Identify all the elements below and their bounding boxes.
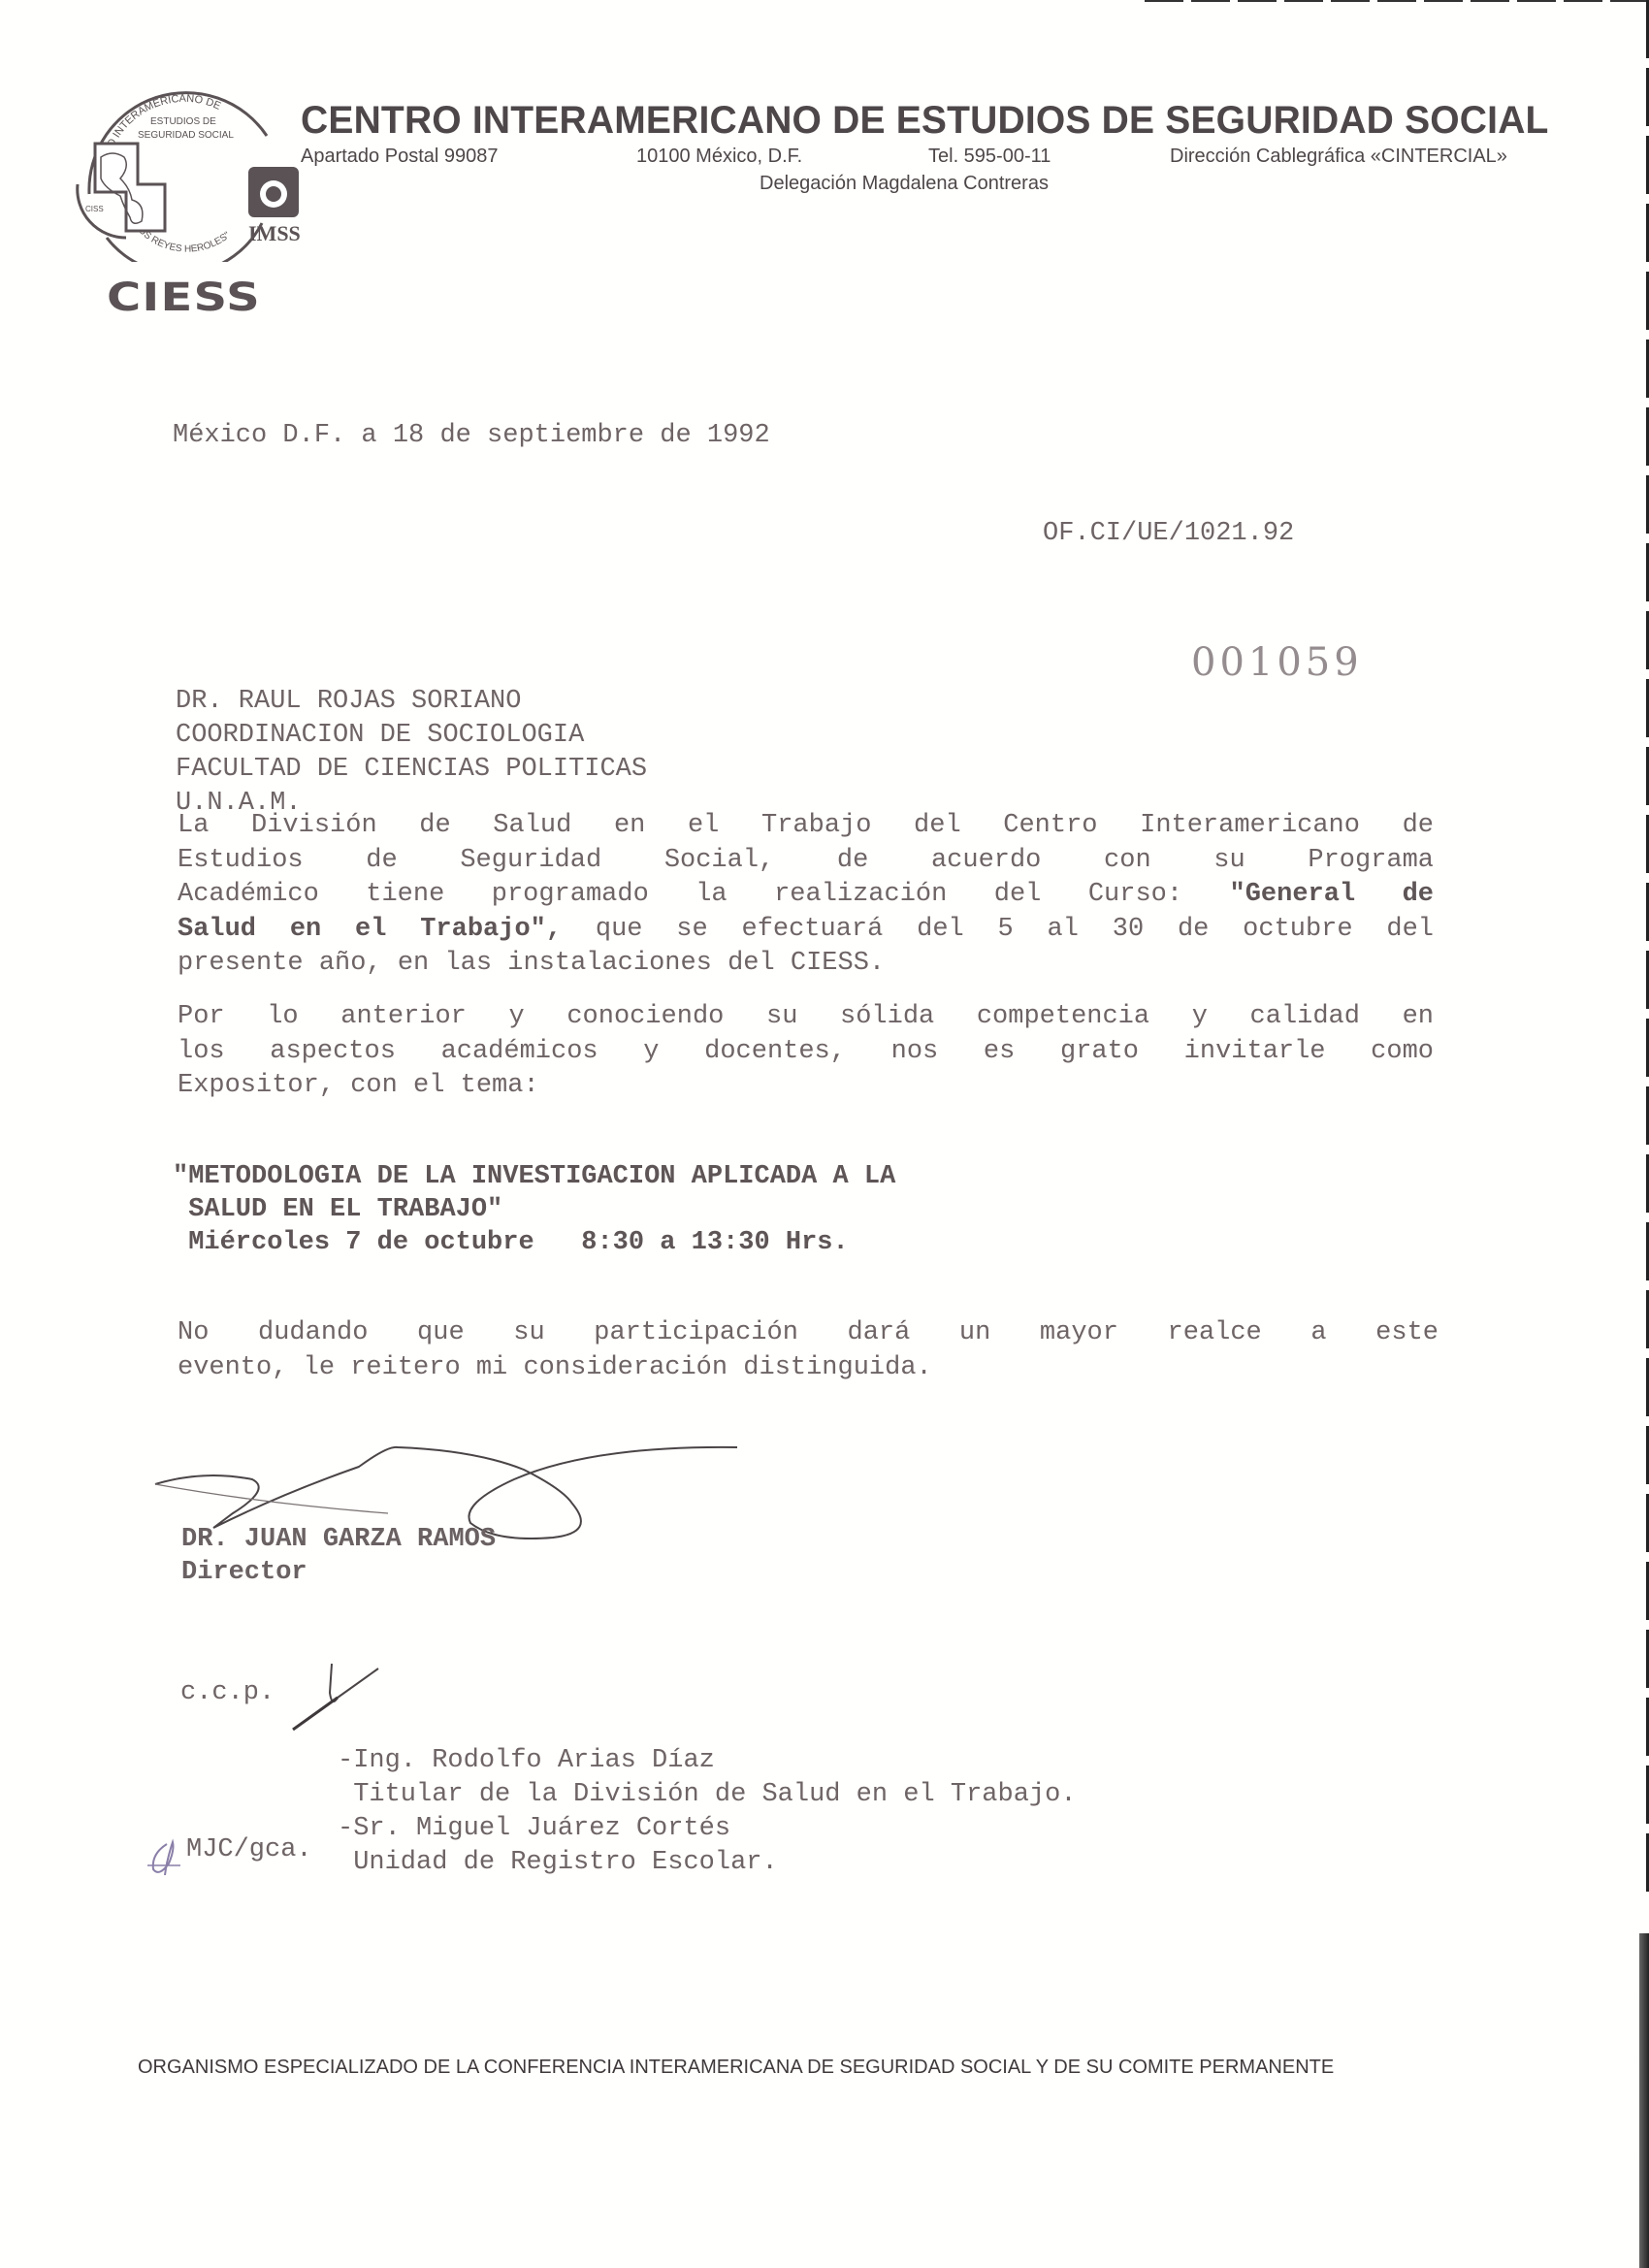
paragraph-line: evento, le reitero mi consideración dist… <box>178 1351 1439 1386</box>
paragraph-invitation: Por lo anterior y conociendo su sólida c… <box>178 1000 1434 1104</box>
paragraph-invitation-context: La División de Salud en el Trabajo del C… <box>178 809 1434 982</box>
handwritten-initial-icon <box>145 1836 184 1880</box>
delegation: Delegación Magdalena Contreras <box>760 173 1049 195</box>
ciess-logo-icon: CENTRO INTERAMERICANO DE ESTUDIOS DE SEG… <box>68 68 301 262</box>
svg-text:SEGURIDAD SOCIAL: SEGURIDAD SOCIAL <box>138 130 234 141</box>
topic-title-line2: SALUD EN EL TRABAJO" <box>173 1193 502 1227</box>
signatory-title: Director <box>181 1556 307 1590</box>
scan-edge-top <box>1145 0 1649 2</box>
paragraph-line: No dudando que su participación dará un … <box>178 1316 1439 1351</box>
paragraph-line: Salud en el Trabajo", que se efectuará d… <box>178 913 1434 948</box>
ccp-label: c.c.p. <box>180 1676 275 1710</box>
paragraph-line: presente año, en las instalaciones del C… <box>178 947 1434 982</box>
ccp-recipient-1-title: Titular de la División de Salud en el Tr… <box>338 1778 1077 1812</box>
city: 10100 México, D.F. <box>636 146 802 168</box>
paragraph-line: los aspectos académicos y docentes, nos … <box>178 1035 1434 1070</box>
paragraph-line: Expositor, con el tema: <box>178 1069 1434 1104</box>
signatory-name: DR. JUAN GARZA RAMOS <box>181 1523 496 1557</box>
course-title: Salud en el Trabajo", <box>178 915 562 944</box>
recipient-name: DR. RAUL ROJAS SORIANO <box>176 685 647 719</box>
reference-number: OF.CI/UE/1021.92 <box>1043 517 1294 551</box>
scan-edge-right-bottom <box>1639 1933 1649 2268</box>
recipient-faculty: FACULTAD DE CIENCIAS POLITICAS <box>176 753 647 787</box>
ccp-recipient-2-name: -Sr. Miguel Juárez Cortés <box>338 1812 1077 1846</box>
organization-name: CENTRO INTERAMERICANO DE ESTUDIOS DE SEG… <box>301 99 1549 143</box>
topic-schedule: Miércoles 7 de octubre 8:30 a 13:30 Hrs. <box>173 1226 849 1260</box>
recipient-department: COORDINACION DE SOCIOLOGIA <box>176 719 647 753</box>
svg-text:CISS: CISS <box>85 205 104 213</box>
paragraph-line: La División de Salud en el Trabajo del C… <box>178 809 1434 844</box>
paragraph-closing: No dudando que su participación dará un … <box>178 1316 1439 1385</box>
place-date: México D.F. a 18 de septiembre de 1992 <box>173 419 770 453</box>
svg-text:IMSS: IMSS <box>248 221 301 245</box>
svg-text:ESTUDIOS DE: ESTUDIOS DE <box>150 116 216 127</box>
topic-title-line1: "METODOLOGIA DE LA INVESTIGACION APLICAD… <box>173 1160 895 1194</box>
letterhead-footer: ORGANISMO ESPECIALIZADO DE LA CONFERENCI… <box>138 2057 1334 2079</box>
cable-address: Dirección Cablegráfica «CINTERCIAL» <box>1170 146 1507 168</box>
paragraph-line: Académico tiene programado la realizació… <box>178 878 1434 913</box>
postal-box: Apartado Postal 99087 <box>301 146 499 168</box>
typist-initials: MJC/gca. <box>186 1833 312 1867</box>
ccp-list: -Ing. Rodolfo Arias Díaz Titular de la D… <box>338 1676 1077 1914</box>
ccp-recipient-1-name: -Ing. Rodolfo Arias Díaz <box>338 1744 1077 1778</box>
ccp-recipient-2-title: Unidad de Registro Escolar. <box>338 1846 1077 1880</box>
ciess-acronym: CIESS <box>107 275 261 320</box>
course-title: "General de <box>1230 880 1434 909</box>
paragraph-line: Estudios de Seguridad Social, de acuerdo… <box>178 844 1434 879</box>
paragraph-line: Por lo anterior y conociendo su sólida c… <box>178 1000 1434 1035</box>
phone: Tel. 595-00-11 <box>928 146 1051 168</box>
received-stamp: 001059 <box>1191 640 1363 685</box>
